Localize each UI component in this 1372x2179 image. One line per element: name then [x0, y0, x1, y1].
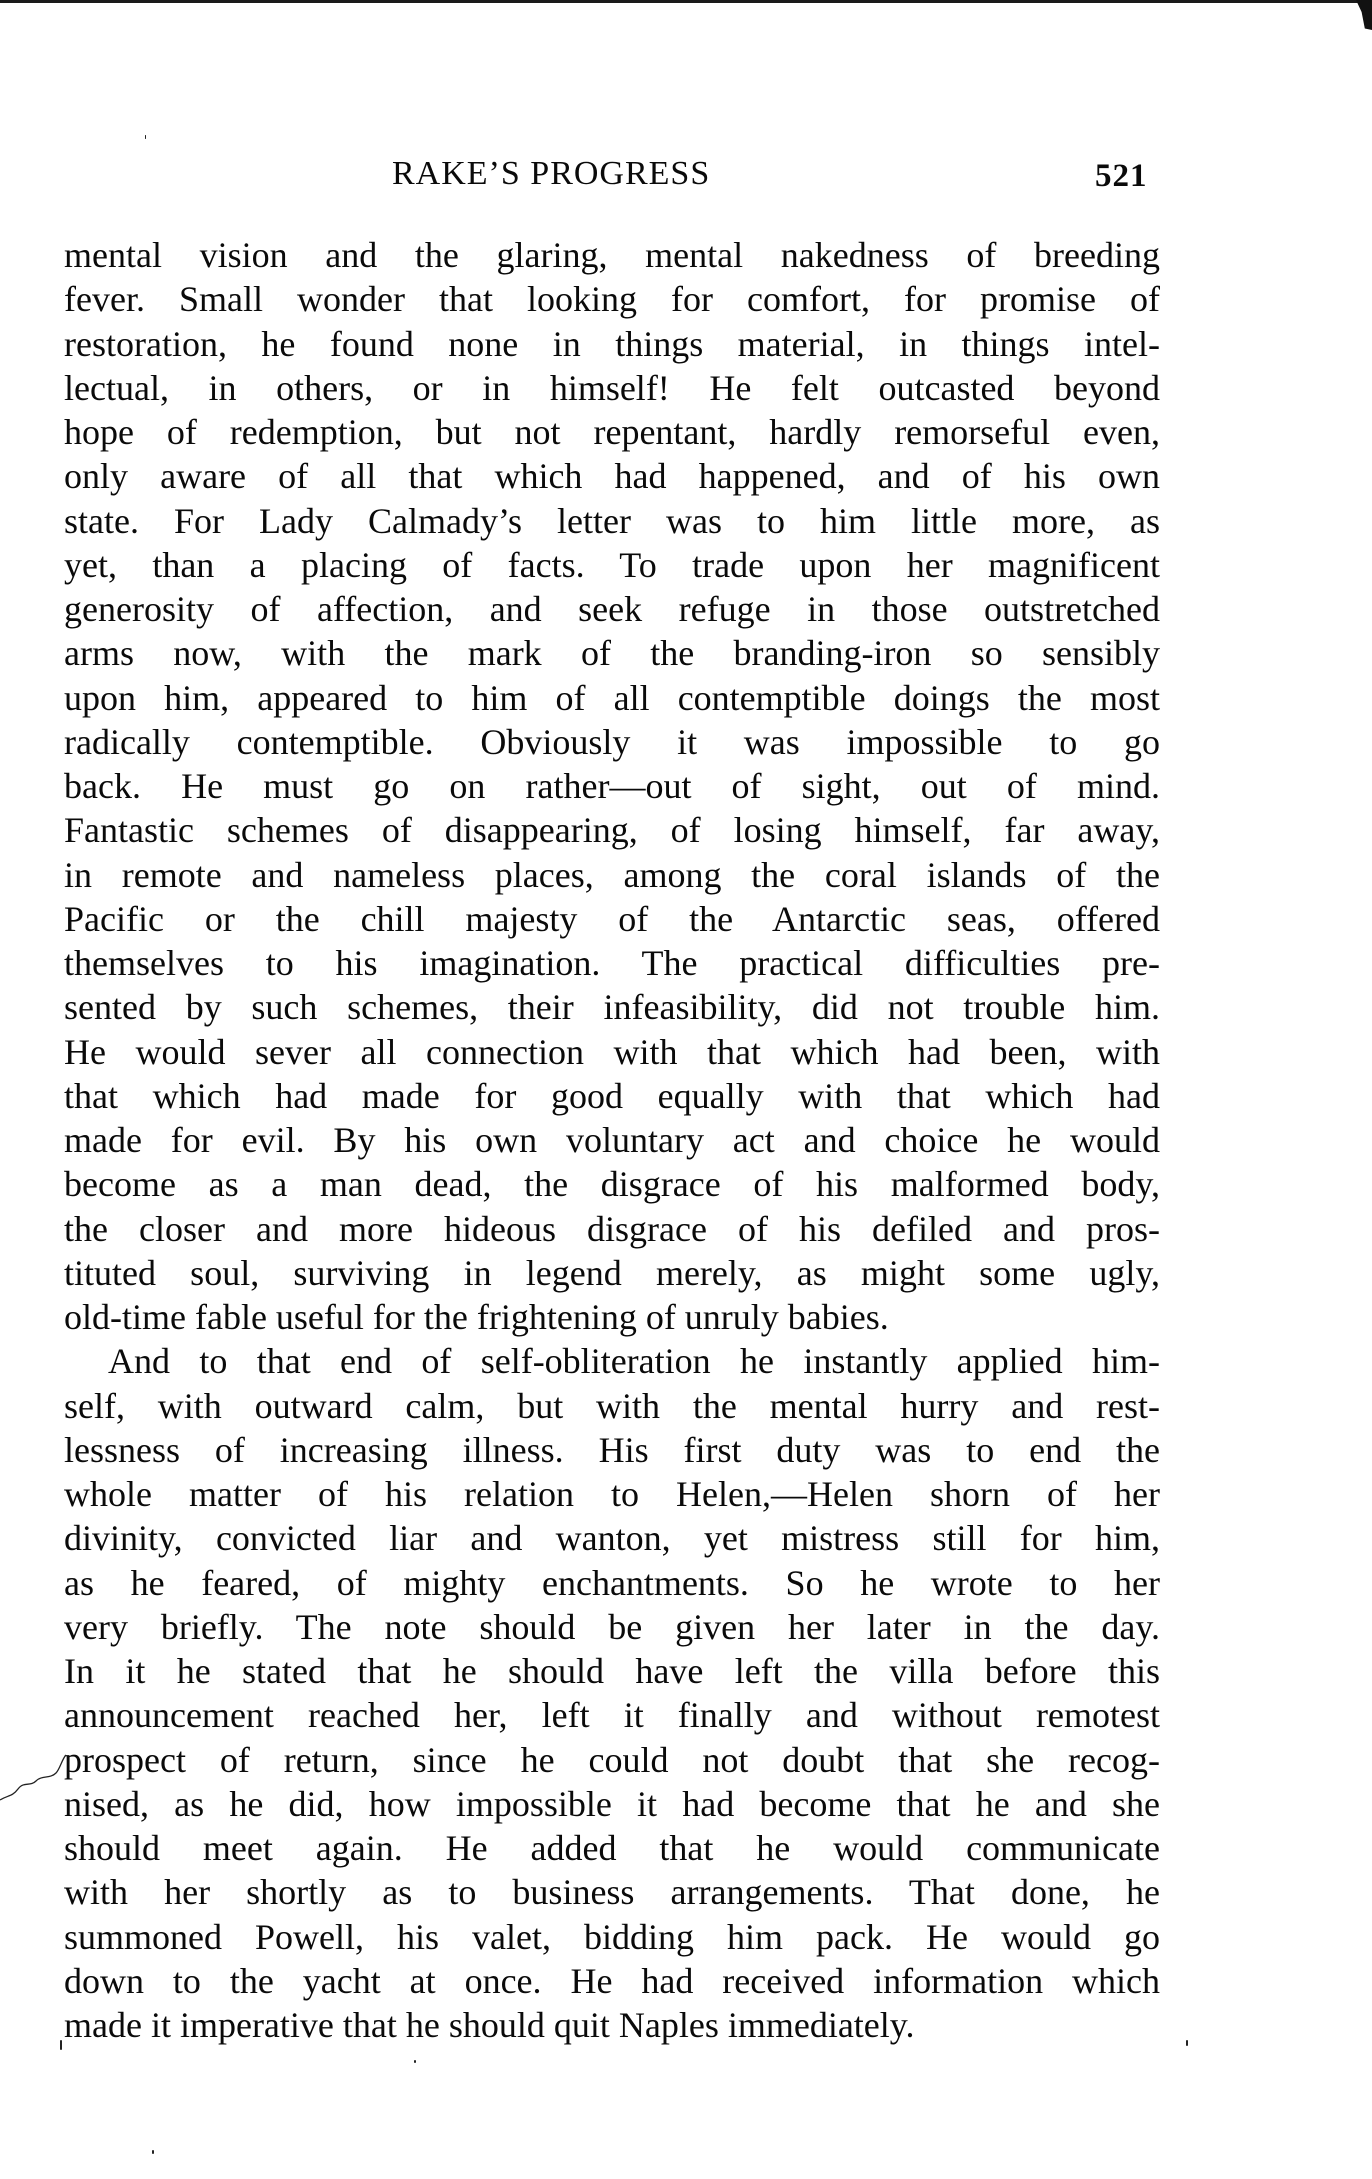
text-line: Pacific or the chill majesty of the Anta… — [64, 897, 1160, 941]
scan-speck — [414, 2060, 416, 2063]
scan-corner-mark — [1356, 0, 1372, 30]
scan-speck — [152, 2150, 154, 2154]
text-line: the closer and more hideous disgrace of … — [64, 1207, 1160, 1251]
scan-speck — [1186, 2040, 1188, 2046]
margin-hair-mark — [0, 1745, 70, 1805]
text-line: mental vision and the glaring, mental na… — [64, 233, 1160, 277]
text-line: sented by such schemes, their infeasibil… — [64, 985, 1160, 1029]
text-line: He would sever all connection with that … — [64, 1030, 1160, 1074]
text-line: themselves to his imagination. The pract… — [64, 941, 1160, 985]
text-line: that which had made for good equally wit… — [64, 1074, 1160, 1118]
text-line: should meet again. He added that he woul… — [64, 1826, 1160, 1870]
text-line: Fantastic schemes of disappearing, of lo… — [64, 808, 1160, 852]
text-line: state. For Lady Calmady’s letter was to … — [64, 499, 1160, 543]
text-line: hope of redemption, but not repentant, h… — [64, 410, 1160, 454]
text-line: back. He must go on rather—out of sight,… — [64, 764, 1160, 808]
text-line: whole matter of his relation to Helen,—H… — [64, 1472, 1160, 1516]
text-line: radically contemptible. Obviously it was… — [64, 720, 1160, 764]
text-line-paragraph-start: And to that end of self-obliteration he … — [64, 1339, 1160, 1383]
text-line: announcement reached her, left it finall… — [64, 1693, 1160, 1737]
text-line: as he feared, of mighty enchantments. So… — [64, 1561, 1160, 1605]
text-line: prospect of return, since he could not d… — [64, 1738, 1160, 1782]
text-line: In it he stated that he should have left… — [64, 1649, 1160, 1693]
text-line: lectual, in others, or in himself! He fe… — [64, 366, 1160, 410]
scan-speck — [60, 2040, 62, 2050]
text-line: divinity, convicted liar and wanton, yet… — [64, 1516, 1160, 1560]
text-line: tituted soul, surviving in legend merely… — [64, 1251, 1160, 1295]
text-line-paragraph-end: old-time fable useful for the frightenin… — [64, 1295, 1160, 1339]
text-line: very briefly. The note should be given h… — [64, 1605, 1160, 1649]
scan-speck — [145, 135, 146, 139]
text-line: down to the yacht at once. He had receiv… — [64, 1959, 1160, 2003]
text-line: generosity of affection, and seek refuge… — [64, 587, 1160, 631]
text-line: in remote and nameless places, among the… — [64, 853, 1160, 897]
text-line: summoned Powell, his valet, bidding him … — [64, 1915, 1160, 1959]
body-text: mental vision and the glaring, mental na… — [64, 233, 1160, 2047]
text-line: nised, as he did, how impossible it had … — [64, 1782, 1160, 1826]
text-line: made for evil. By his own voluntary act … — [64, 1118, 1160, 1162]
text-line: lessness of increasing illness. His firs… — [64, 1428, 1160, 1472]
scan-top-edge — [0, 0, 1372, 3]
text-line: with her shortly as to business arrangem… — [64, 1870, 1160, 1914]
text-line: fever. Small wonder that looking for com… — [64, 277, 1160, 321]
text-line: self, with outward calm, but with the me… — [64, 1384, 1160, 1428]
text-line: upon him, appeared to him of all contemp… — [64, 676, 1160, 720]
running-head: RAKE’S PROGRESS 521 — [0, 150, 1372, 198]
text-line: restoration, he found none in things mat… — [64, 322, 1160, 366]
text-line: only aware of all that which had happene… — [64, 454, 1160, 498]
text-line: yet, than a placing of facts. To trade u… — [64, 543, 1160, 587]
text-line: arms now, with the mark of the branding-… — [64, 631, 1160, 675]
running-title: RAKE’S PROGRESS — [392, 150, 710, 198]
page-number: 521 — [1095, 152, 1148, 200]
text-line: become as a man dead, the disgrace of hi… — [64, 1162, 1160, 1206]
text-line-paragraph-end: made it imperative that he should quit N… — [64, 2003, 1160, 2047]
